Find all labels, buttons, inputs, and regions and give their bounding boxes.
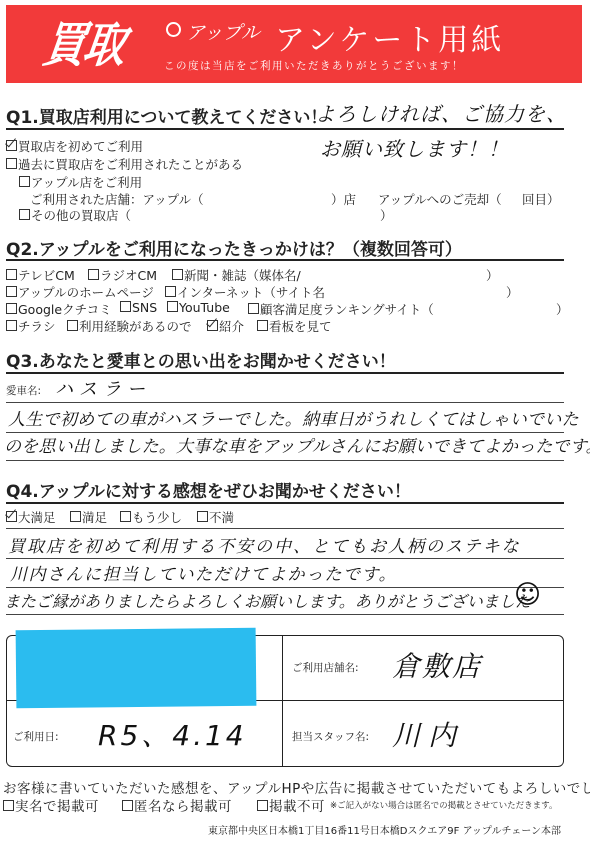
- checkbox[interactable]: [6, 269, 17, 280]
- car-name-label: 愛車名:: [6, 383, 41, 398]
- checkbox[interactable]: [257, 320, 268, 331]
- q1-sales-count-field[interactable]: アップルへのご売却（: [378, 190, 502, 208]
- checkbox[interactable]: [197, 511, 208, 522]
- checkbox-checked[interactable]: [6, 511, 17, 522]
- q2-option-internet[interactable]: インターネット（サイト名: [165, 283, 325, 301]
- consent-option-not-allowed[interactable]: 掲載不可: [257, 795, 325, 815]
- checkbox[interactable]: [88, 269, 99, 280]
- redaction-tape: [16, 628, 257, 709]
- q2-option-newspaper[interactable]: 新聞・雑誌（媒体名/: [172, 266, 301, 284]
- q2-close-paren: ）: [556, 300, 569, 318]
- checkbox[interactable]: [67, 320, 78, 331]
- q3-answer-line-2[interactable]: のを思い出しました。大事な車をアップルさんにお願いできてよかったです。: [4, 432, 590, 457]
- q2-option-sns[interactable]: SNS: [120, 300, 157, 315]
- brand-name: アップル: [186, 18, 260, 45]
- q2-option-referral[interactable]: 紹介: [207, 317, 244, 335]
- checkbox[interactable]: [165, 286, 176, 297]
- car-name-value[interactable]: ハスラー: [55, 375, 151, 401]
- banner-subtitle: この度は当店をご利用いただきありがとうございます！: [164, 58, 464, 73]
- q1-option-past-use[interactable]: 過去に買取店をご利用されたことがある: [6, 155, 243, 173]
- q4-answer-line-1[interactable]: 買取店を初めて利用する不安の中、とてもお人柄のステキな: [8, 532, 521, 557]
- q2-option-homepage[interactable]: アップルのホームページ: [6, 283, 154, 301]
- consent-question: お客様に書いていただいた感想を、アップルHPや広告に掲載させていただいてもよろし…: [3, 777, 590, 797]
- q2-option-google[interactable]: Googleクチコミ: [6, 300, 112, 318]
- q4-answer-line-2[interactable]: 川内さんに担当していただけてよかったです。: [10, 560, 397, 585]
- q1-option-first-time[interactable]: 買取店を初めてご利用: [6, 137, 143, 155]
- q2-close-paren: ）: [506, 283, 519, 301]
- checkbox[interactable]: [120, 511, 131, 522]
- consent-option-real-name[interactable]: 実名で掲載可: [3, 795, 99, 815]
- page-title: アンケート用紙: [275, 15, 504, 59]
- store-name-label: ご利用店舗名:: [292, 660, 359, 675]
- checkbox[interactable]: [172, 269, 183, 280]
- q4-option-so-so[interactable]: もう少し: [120, 508, 182, 526]
- checkbox[interactable]: [120, 301, 131, 312]
- checkbox-checked[interactable]: [6, 140, 17, 151]
- q3-heading: Q3.あなたと愛車との思い出をお聞かせください！: [6, 347, 396, 372]
- q2-option-radio[interactable]: ラジオCM: [88, 266, 157, 284]
- checkbox[interactable]: [122, 800, 133, 811]
- q4-option-satisfied[interactable]: 満足: [70, 508, 107, 526]
- checkbox[interactable]: [248, 303, 259, 314]
- q4-option-dissatisfied[interactable]: 不満: [197, 508, 234, 526]
- checkbox-checked[interactable]: [207, 320, 218, 331]
- q2-option-experience[interactable]: 利用経験があるので: [67, 317, 192, 335]
- answer-line: [6, 460, 564, 461]
- staff-name-label: 担当スタッフ名:: [292, 729, 369, 744]
- q4-option-very-satisfied[interactable]: 大満足: [6, 508, 56, 526]
- q1-handwritten-note-1: よろしければ、ご協力を、: [315, 98, 567, 127]
- info-divider-vertical: [282, 635, 283, 767]
- checkbox[interactable]: [6, 303, 17, 314]
- q3-divider: [6, 372, 564, 374]
- q2-option-youtube[interactable]: YouTube: [167, 300, 230, 315]
- q1-option-other[interactable]: その他の買取店（: [19, 206, 131, 224]
- store-name-value[interactable]: 倉敷店: [392, 645, 482, 685]
- q2-option-tv[interactable]: テレビCM: [6, 266, 75, 284]
- q2-divider: [6, 259, 564, 261]
- apple-brand-icon: [166, 22, 181, 37]
- answer-line: [6, 402, 564, 403]
- q4-heading: Q4.アップルに対する感想をぜひお聞かせください！: [6, 477, 411, 502]
- consent-option-anonymous[interactable]: 匿名なら掲載可: [122, 795, 232, 815]
- usage-date-label: ご利用日:: [13, 729, 59, 744]
- staff-name-value[interactable]: 川内: [392, 714, 464, 754]
- checkbox[interactable]: [167, 301, 178, 312]
- answer-line: [6, 528, 564, 529]
- consent-note: ※ご記入がない場合は匿名での掲載とさせていただきます。: [330, 799, 557, 811]
- q1-divider: [6, 128, 564, 130]
- q2-heading: Q2.アップルをご利用になったきっかけは？（複数回答可）: [6, 235, 462, 260]
- q1-store-suffix: ）店: [331, 190, 356, 208]
- q4-answer-line-3[interactable]: またご縁がありましたらよろしくお願いします。ありがとうございました: [4, 589, 531, 612]
- answer-line: [6, 558, 564, 559]
- checkbox[interactable]: [257, 800, 268, 811]
- q1-option-apple-store[interactable]: アップル店をご利用: [19, 173, 142, 191]
- q2-option-flyer[interactable]: チラシ: [6, 317, 56, 335]
- q2-option-signboard[interactable]: 看板を見て: [257, 317, 332, 335]
- answer-line: [6, 614, 564, 615]
- checkbox[interactable]: [70, 511, 81, 522]
- q1-heading: Q1.買取店利用について教えてください！: [6, 103, 327, 128]
- smiley-face-icon: ☺: [514, 580, 541, 610]
- q2-close-paren: ）: [486, 266, 499, 284]
- q4-divider: [6, 502, 564, 504]
- q2-option-ranking[interactable]: 顧客満足度ランキングサイト（: [248, 300, 434, 318]
- checkbox[interactable]: [19, 176, 30, 187]
- q3-answer-line-1[interactable]: 人生で初めての車がハスラーでした。納車日がうれしくてはしゃいでいた: [8, 405, 579, 430]
- checkbox[interactable]: [6, 320, 17, 331]
- footer-address: 東京都中央区日本橋1丁目16番11号日本橋Dスクエア9F アップルチェーン本部: [208, 822, 561, 837]
- usage-date-value[interactable]: R5、4.14: [98, 714, 247, 754]
- q1-sales-count-suffix: 回目）: [522, 190, 560, 208]
- q1-handwritten-note-2: お願い致します！！: [320, 133, 509, 162]
- answer-line: [6, 587, 564, 588]
- checkbox[interactable]: [6, 286, 17, 297]
- checkbox[interactable]: [6, 158, 17, 169]
- checkbox[interactable]: [3, 800, 14, 811]
- q1-other-close: ）: [380, 206, 393, 224]
- kaitori-logo: 買取: [39, 8, 129, 77]
- checkbox[interactable]: [19, 209, 30, 220]
